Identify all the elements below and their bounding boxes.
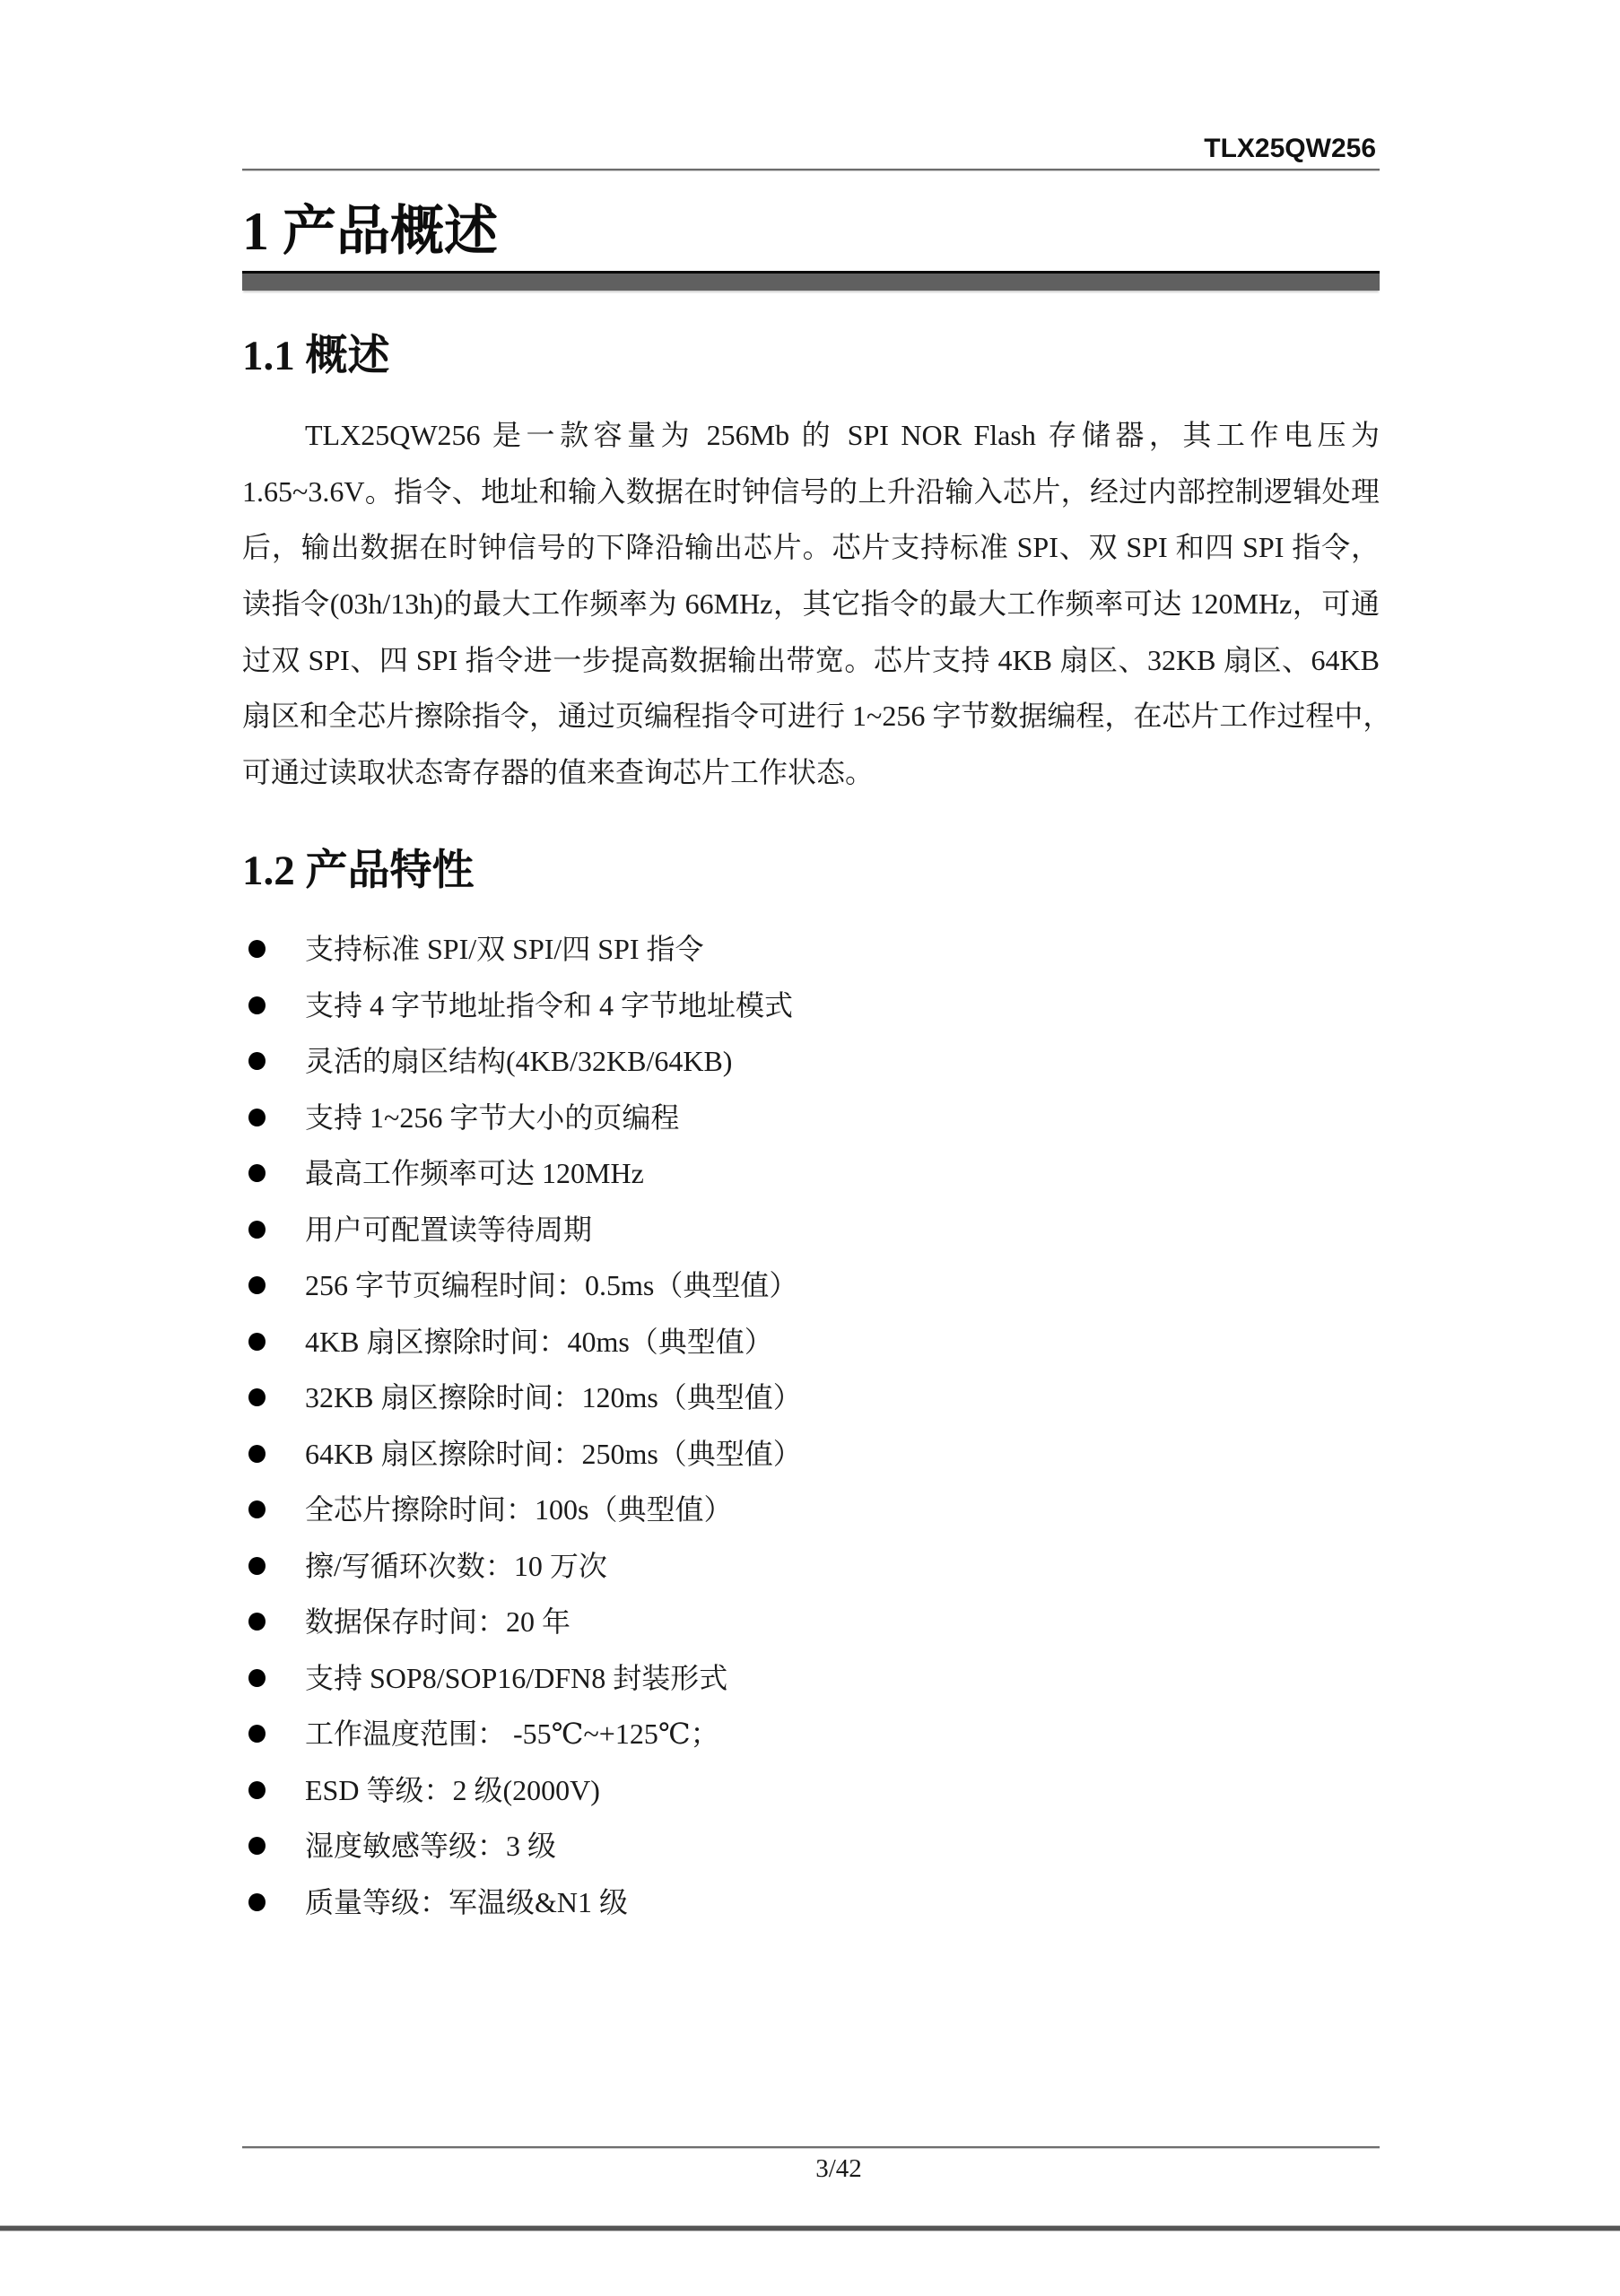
bullet-icon: [248, 1052, 266, 1070]
paragraph-line: 过双 SPI、四 SPI 指令进一步提高数据输出带宽。芯片支持 4KB 扇区、3…: [242, 632, 1380, 689]
feature-item: 全芯片擦除时间：100s（典型值）: [242, 1482, 1380, 1538]
bullet-icon: [248, 1781, 266, 1799]
feature-item: 灵活的扇区结构(4KB/32KB/64KB): [242, 1033, 1380, 1090]
bullet-icon: [248, 1613, 266, 1631]
feature-text: 擦/写循环次数：10 万次: [305, 1538, 607, 1595]
section-title-features: 1.2 产品特性: [242, 846, 475, 896]
feature-text: 质量等级：军温级&N1 级: [305, 1874, 628, 1931]
feature-text: 64KB 扇区擦除时间：250ms（典型值）: [305, 1426, 802, 1483]
bullet-icon: [248, 1276, 266, 1294]
section-title-overview: 1.1 概述: [242, 331, 390, 381]
feature-text: ESD 等级：2 级(2000V): [305, 1762, 600, 1819]
feature-text: 支持 SOP8/SOP16/DFN8 封装形式: [305, 1650, 727, 1707]
feature-item: 支持 1~256 字节大小的页编程: [242, 1090, 1380, 1146]
feature-item: 最高工作频率可达 120MHz: [242, 1145, 1380, 1202]
feature-item: ESD 等级：2 级(2000V): [242, 1762, 1380, 1819]
paragraph-line: 读指令(03h/13h)的最大工作频率为 66MHz，其它指令的最大工作频率可达…: [242, 576, 1380, 632]
feature-text: 数据保存时间：20 年: [305, 1594, 570, 1650]
feature-item: 支持 SOP8/SOP16/DFN8 封装形式: [242, 1650, 1380, 1707]
feature-text: 支持 4 字节地址指令和 4 字节地址模式: [305, 978, 793, 1034]
feature-item: 工作温度范围： -55℃~+125℃；: [242, 1706, 1380, 1762]
header-rule: [242, 169, 1380, 170]
feature-text: 256 字节页编程时间：0.5ms（典型值）: [305, 1257, 797, 1314]
chapter-title-bar: [242, 271, 1380, 291]
feature-text: 工作温度范围： -55℃~+125℃；: [305, 1706, 719, 1762]
paragraph-line: 后，输出数据在时钟信号的下降沿输出芯片。芯片支持标准 SPI、双 SPI 和四 …: [242, 519, 1380, 576]
bullet-icon: [248, 1837, 266, 1855]
feature-item: 数据保存时间：20 年: [242, 1594, 1380, 1650]
feature-item: 支持标准 SPI/双 SPI/四 SPI 指令: [242, 921, 1380, 978]
page-boundary-divider: [0, 2225, 1620, 2231]
feature-text: 32KB 扇区擦除时间：120ms（典型值）: [305, 1370, 802, 1426]
feature-list: 支持标准 SPI/双 SPI/四 SPI 指令 支持 4 字节地址指令和 4 字…: [242, 921, 1380, 1930]
bullet-icon: [248, 1500, 266, 1518]
feature-item: 湿度敏感等级：3 级: [242, 1818, 1380, 1874]
feature-item: 质量等级：军温级&N1 级: [242, 1874, 1380, 1931]
feature-item: 32KB 扇区擦除时间：120ms（典型值）: [242, 1370, 1380, 1426]
bullet-icon: [248, 1333, 266, 1351]
feature-item: 擦/写循环次数：10 万次: [242, 1538, 1380, 1595]
paragraph-line: 1.65~3.6V。指令、地址和输入数据在时钟信号的上升沿输入芯片，经过内部控制…: [242, 464, 1380, 520]
paragraph-line: 扇区和全芯片擦除指令，通过页编程指令可进行 1~256 字节数据编程，在芯片工作…: [242, 688, 1380, 744]
feature-text: 湿度敏感等级：3 级: [305, 1818, 556, 1874]
bullet-icon: [248, 1725, 266, 1743]
feature-item: 256 字节页编程时间：0.5ms（典型值）: [242, 1257, 1380, 1314]
paragraph-line: 可通过读取状态寄存器的值来查询芯片工作状态。: [242, 744, 1380, 801]
bullet-icon: [248, 1893, 266, 1911]
bullet-icon: [248, 996, 266, 1014]
feature-text: 支持标准 SPI/双 SPI/四 SPI 指令: [305, 921, 704, 978]
feature-text: 用户可配置读等待周期: [305, 1202, 592, 1258]
bullet-icon: [248, 940, 266, 958]
feature-text: 4KB 扇区擦除时间：40ms（典型值）: [305, 1314, 773, 1370]
bullet-icon: [248, 1557, 266, 1575]
footer-rule: [242, 2146, 1380, 2148]
feature-text: 支持 1~256 字节大小的页编程: [305, 1090, 679, 1146]
bullet-icon: [248, 1388, 266, 1406]
chapter-title: 1 产品概述: [242, 199, 498, 264]
feature-text: 灵活的扇区结构(4KB/32KB/64KB): [305, 1033, 732, 1090]
bullet-icon: [248, 1669, 266, 1687]
feature-item: 4KB 扇区擦除时间：40ms（典型值）: [242, 1314, 1380, 1370]
bullet-icon: [248, 1164, 266, 1182]
feature-text: 全芯片擦除时间：100s（典型值）: [305, 1482, 732, 1538]
running-header-product-name: TLX25QW256: [242, 133, 1376, 165]
overview-paragraph: TLX25QW256 是一款容量为 256Mb 的 SPI NOR Flash …: [242, 407, 1380, 801]
page-number: 3/42: [749, 2152, 928, 2185]
bullet-icon: [248, 1109, 266, 1126]
feature-item: 64KB 扇区擦除时间：250ms（典型值）: [242, 1426, 1380, 1483]
feature-item: 支持 4 字节地址指令和 4 字节地址模式: [242, 978, 1380, 1034]
bullet-icon: [248, 1445, 266, 1463]
feature-item: 用户可配置读等待周期: [242, 1202, 1380, 1258]
paragraph-line: TLX25QW256 是一款容量为 256Mb 的 SPI NOR Flash …: [242, 407, 1380, 464]
bullet-icon: [248, 1221, 266, 1239]
feature-text: 最高工作频率可达 120MHz: [305, 1145, 644, 1202]
